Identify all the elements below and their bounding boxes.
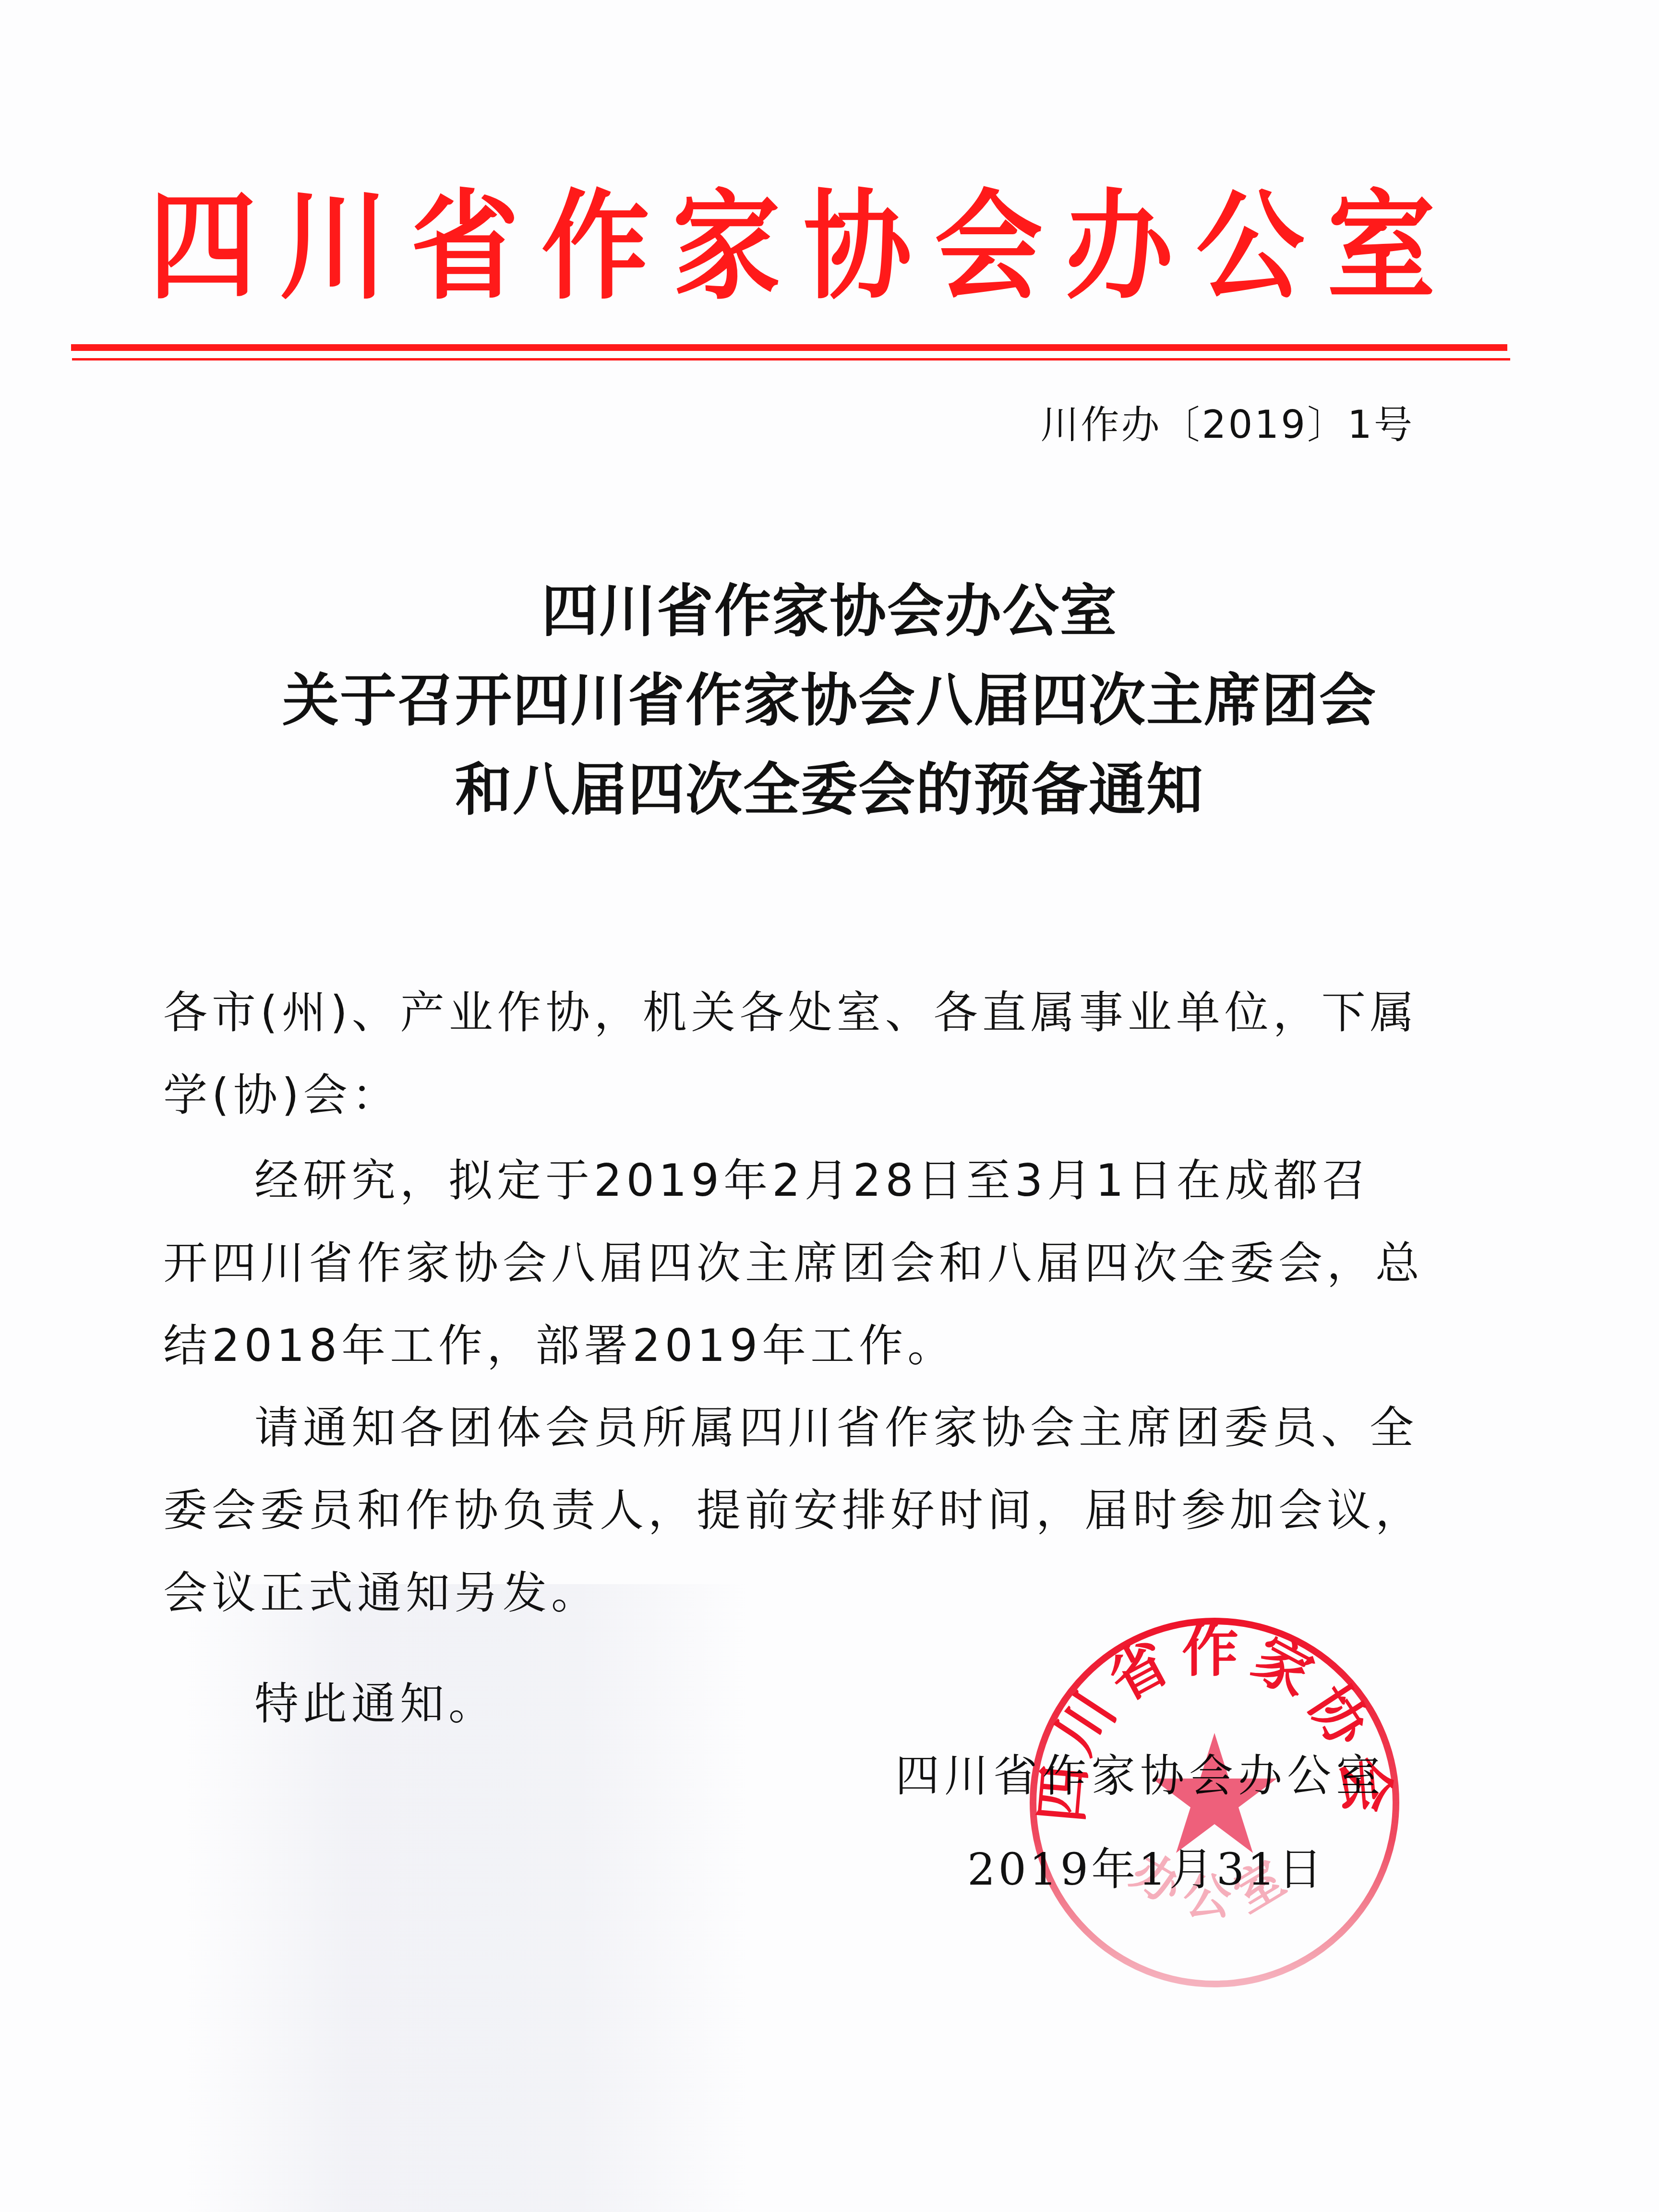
title-line: 关于召开四川省作家协会八届四次主席团会 bbox=[0, 656, 1659, 745]
signature-date: 2019年1月31日 bbox=[967, 1841, 1325, 1899]
signature-organization: 四川省作家协会办公室 bbox=[895, 1747, 1385, 1805]
paragraph-attendance-notice: 请通知各团体会员所属四川省作家协会主席团委员、全 委会委员和作协负责人，提前安排… bbox=[163, 1392, 1421, 1640]
letterhead-char: 办 bbox=[1065, 175, 1173, 319]
salutation: 各市(州)、产业作协，机关各处室、各直属事业单位，下属 学(协)会： bbox=[163, 977, 1421, 1142]
paragraph-line: 结2018年工作，部署2019年工作。 bbox=[163, 1310, 1421, 1393]
document-title: 四川省作家协会办公室 关于召开四川省作家协会八届四次主席团会 和八届四次全委会的… bbox=[0, 566, 1659, 834]
letterhead-char: 公 bbox=[1196, 175, 1304, 319]
paragraph-line: 经研究，拟定于2019年2月28日至3月1日在成都召 bbox=[163, 1145, 1421, 1227]
title-line: 四川省作家协会办公室 bbox=[0, 566, 1659, 656]
paragraph-line: 请通知各团体会员所属四川省作家协会主席团委员、全 bbox=[163, 1392, 1421, 1475]
paragraph-line: 开四川省作家协会八届四次主席团会和八届四次全委会，总 bbox=[163, 1227, 1421, 1310]
letterhead-char: 作 bbox=[541, 175, 649, 319]
closing: 特此通知。 bbox=[163, 1668, 1421, 1751]
letterhead-char: 室 bbox=[1327, 175, 1435, 319]
paragraph-line: 委会委员和作协负责人，提前安排好时间，届时参加会议， bbox=[163, 1475, 1421, 1557]
letterhead-char: 会 bbox=[934, 175, 1042, 319]
paragraph-meeting-schedule: 经研究，拟定于2019年2月28日至3月1日在成都召 开四川省作家协会八届四次主… bbox=[163, 1145, 1421, 1393]
letterhead-char: 家 bbox=[673, 175, 781, 319]
letterhead-char: 协 bbox=[804, 175, 912, 319]
letterhead-char: 四 bbox=[149, 175, 257, 319]
salutation-line: 各市(州)、产业作协，机关各处室、各直属事业单位，下属 bbox=[163, 977, 1421, 1059]
salutation-line: 学(协)会： bbox=[163, 1059, 1421, 1142]
letterhead-thin-rule bbox=[72, 358, 1510, 361]
closing-text: 特此通知。 bbox=[163, 1668, 1421, 1751]
paragraph-line: 会议正式通知另发。 bbox=[163, 1557, 1421, 1640]
title-line: 和八届四次全委会的预备通知 bbox=[0, 745, 1659, 834]
letterhead-char: 省 bbox=[410, 175, 518, 319]
letterhead-title: 四 川 省 作 家 协 会 办 公 室 bbox=[144, 175, 1440, 319]
document-number: 川作办〔2019〕1号 bbox=[1041, 401, 1415, 449]
letterhead-char: 川 bbox=[280, 175, 388, 319]
letterhead-thick-rule bbox=[71, 344, 1507, 351]
